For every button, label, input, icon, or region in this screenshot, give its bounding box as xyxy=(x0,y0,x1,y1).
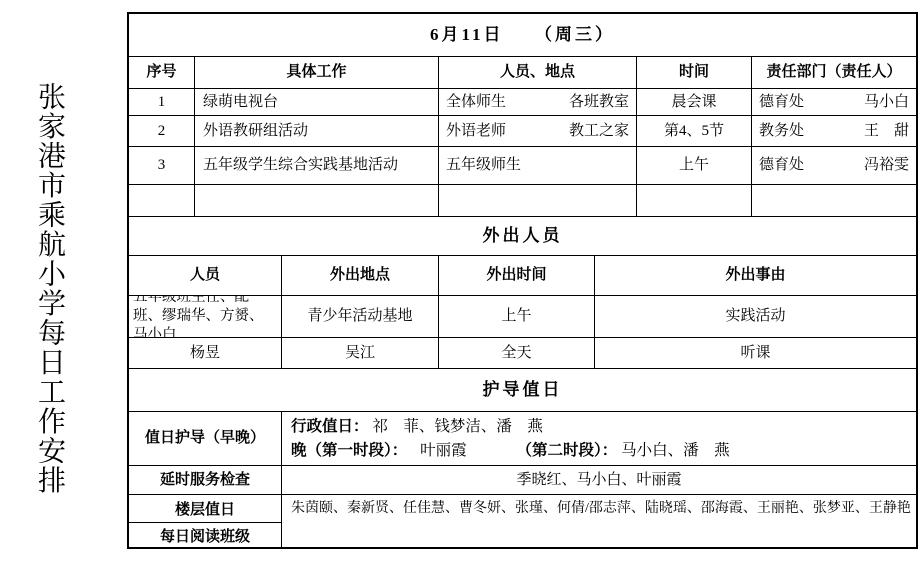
row3-time: 上午 xyxy=(637,147,752,184)
header-work: 具体工作 xyxy=(195,57,439,88)
row4-people-place xyxy=(439,185,637,216)
date-title: 6月11日 （周三） xyxy=(129,14,916,56)
row3-work: 五年级学生综合实践基地活动 xyxy=(195,147,439,184)
row1-dept: 德育处 xyxy=(759,93,804,112)
row2-people-place: 外语老师 教工之家 xyxy=(439,116,637,146)
outing-row-2: 杨昱 吴江 全天 听课 xyxy=(129,338,916,369)
escort-line2-value1: 叶丽霞 xyxy=(420,442,467,459)
row1-people: 全体师生 xyxy=(446,93,506,112)
outing1-place: 青少年活动基地 xyxy=(282,296,439,337)
escort-line2-label2: （第二时段）： xyxy=(517,442,618,459)
row2-dept-cell: 教务处 王 甜 xyxy=(752,116,916,146)
vertical-page-title: 张家港市乘航小学每日工作安排 xyxy=(29,82,69,495)
outing-header-people: 人员 xyxy=(129,256,282,295)
outing-header-row: 人员 外出地点 外出时间 外出事由 xyxy=(129,256,916,296)
outing1-time: 上午 xyxy=(439,296,595,337)
outing-header-reason: 外出事由 xyxy=(595,256,916,295)
delay-label: 延时服务检查 xyxy=(129,466,282,494)
outing-row-1: 五年级班主任、配班、缪瑞华、方赟、马小白 青少年活动基地 上午 实践活动 xyxy=(129,296,916,338)
outing-title-row: 外出人员 xyxy=(129,217,916,256)
duty-delay-row: 延时服务检查 季晓红、马小白、叶丽霞 xyxy=(129,466,916,495)
outing-section-title: 外出人员 xyxy=(129,217,916,255)
row3-people: 五年级师生 xyxy=(446,156,521,175)
duty-section-title: 护导值日 xyxy=(129,369,916,411)
floor-value: 朱茵颐、秦新贤、任佳慧、曹冬妍、张瑾、何倩/邵志萍、陆晓瑶、邵海霞、王丽艳、张梦… xyxy=(282,495,916,547)
row2-people: 外语老师 xyxy=(446,122,506,141)
schedule-row-1: 1 绿萌电视台 全体师生 各班教室 晨会课 德育处 马小白 xyxy=(129,89,916,116)
outing2-time: 全天 xyxy=(439,338,595,368)
row2-place: 教工之家 xyxy=(569,122,629,141)
escort-line2-label1: 晚（第一时段）： xyxy=(291,442,407,459)
escort-line1-label: 行政值日： xyxy=(291,418,369,435)
row2-time: 第4、5节 xyxy=(637,116,752,146)
row1-place: 各班教室 xyxy=(569,93,629,112)
outing1-reason: 实践活动 xyxy=(595,296,916,337)
escort-label: 值日护导（早晚） xyxy=(129,412,282,465)
header-people-place: 人员、地点 xyxy=(439,57,637,88)
row4-no xyxy=(129,185,195,216)
header-no: 序号 xyxy=(129,57,195,88)
row2-work: 外语教研组活动 xyxy=(195,116,439,146)
outing-header-place: 外出地点 xyxy=(282,256,439,295)
row2-no: 2 xyxy=(129,116,195,146)
row3-dept: 德育处 xyxy=(759,156,804,175)
row3-people-place: 五年级师生 xyxy=(439,147,637,184)
schedule-row-2: 2 外语教研组活动 外语老师 教工之家 第4、5节 教务处 王 甜 xyxy=(129,116,916,147)
reading-label: 每日阅读班级 xyxy=(129,523,281,547)
row1-no: 1 xyxy=(129,89,195,115)
row1-time: 晨会课 xyxy=(637,89,752,115)
row1-people-place: 全体师生 各班教室 xyxy=(439,89,637,115)
date-header-row: 6月11日 （周三） xyxy=(129,14,916,57)
schedule-row-4-empty xyxy=(129,185,916,217)
floor-reading-labels: 楼层值日 每日阅读班级 xyxy=(129,495,282,547)
schedule-header-row: 序号 具体工作 人员、地点 时间 责任部门（责任人） xyxy=(129,57,916,89)
escort-content: 行政值日： 祁 菲、钱梦洁、潘 燕 晚（第一时段）： 叶丽霞 （第二时段）： 马… xyxy=(282,412,916,465)
duty-title-row: 护导值日 xyxy=(129,369,916,412)
header-time: 时间 xyxy=(637,57,752,88)
floor-label: 楼层值日 xyxy=(129,495,281,523)
row1-work: 绿萌电视台 xyxy=(195,89,439,115)
row4-dept-cell xyxy=(752,185,916,216)
outing-header-time: 外出时间 xyxy=(439,256,595,295)
outing2-people: 杨昱 xyxy=(129,338,282,368)
escort-line2-value2: 马小白、潘 燕 xyxy=(621,442,730,459)
header-dept: 责任部门（责任人） xyxy=(752,57,916,88)
escort-line-1: 行政值日： 祁 菲、钱梦洁、潘 燕 xyxy=(291,415,543,439)
duty-escort-row: 值日护导（早晚） 行政值日： 祁 菲、钱梦洁、潘 燕 晚（第一时段）： 叶丽霞 … xyxy=(129,412,916,466)
row1-person: 马小白 xyxy=(864,93,909,112)
outing1-people: 五年级班主任、配班、缪瑞华、方赟、马小白 xyxy=(129,296,282,337)
daily-schedule-table: 6月11日 （周三） 序号 具体工作 人员、地点 时间 责任部门（责任人） 1 … xyxy=(127,12,918,549)
row4-time xyxy=(637,185,752,216)
outing2-place: 吴江 xyxy=(282,338,439,368)
escort-line1-value: 祁 菲、钱梦洁、潘 燕 xyxy=(372,418,543,435)
row2-person: 王 甜 xyxy=(864,122,909,141)
row2-dept: 教务处 xyxy=(759,122,804,141)
row3-dept-cell: 德育处 冯裕雯 xyxy=(752,147,916,184)
row3-no: 3 xyxy=(129,147,195,184)
duty-floor-reading-row: 楼层值日 每日阅读班级 朱茵颐、秦新贤、任佳慧、曹冬妍、张瑾、何倩/邵志萍、陆晓… xyxy=(129,495,916,547)
escort-line-2: 晚（第一时段）： 叶丽霞 （第二时段）： 马小白、潘 燕 xyxy=(291,439,730,463)
row1-dept-cell: 德育处 马小白 xyxy=(752,89,916,115)
delay-value: 季晓红、马小白、叶丽霞 xyxy=(282,466,916,494)
row3-person: 冯裕雯 xyxy=(864,156,909,175)
schedule-row-3: 3 五年级学生综合实践基地活动 五年级师生 上午 德育处 冯裕雯 xyxy=(129,147,916,185)
outing2-reason: 听课 xyxy=(595,338,916,368)
row4-work xyxy=(195,185,439,216)
